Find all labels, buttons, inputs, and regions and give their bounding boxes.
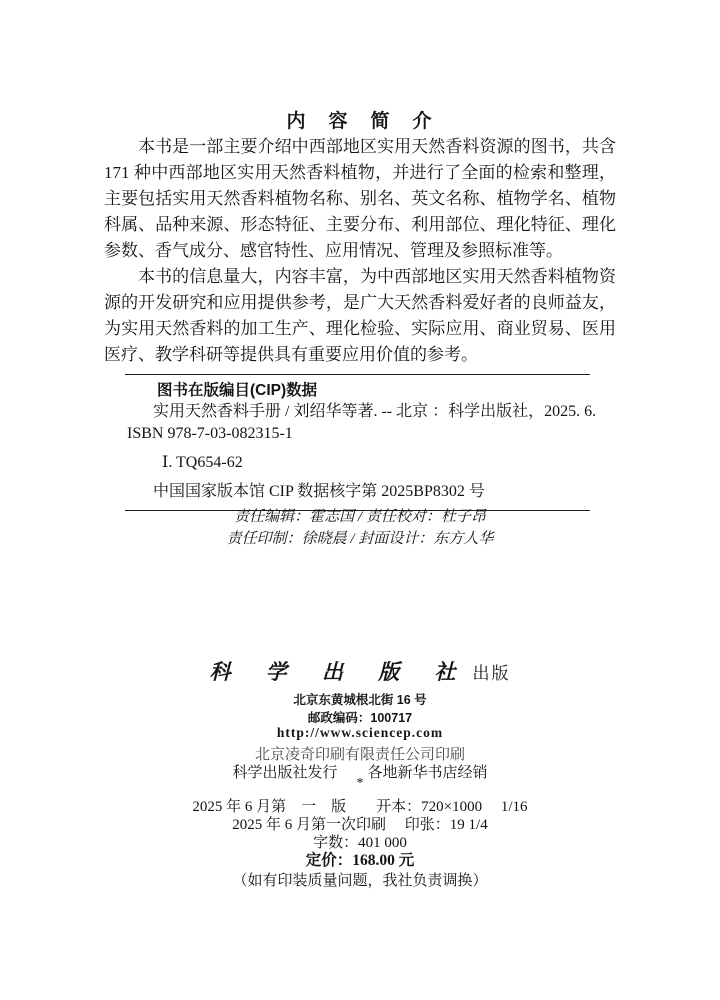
publisher-name: 科 学 出 版 社: [210, 660, 471, 684]
price-line: 定价：168.00 元: [0, 848, 720, 870]
book-copyright-page: 内 容 简 介 本书是一部主要介绍中西部地区实用天然香料资源的图书，共含 171…: [0, 0, 720, 1000]
publisher-name-line: 科 学 出 版 社出版: [0, 656, 720, 686]
staff-credits: 责任编辑：霍志国 / 责任校对：杜子昂 责任印制：徐晓晨 / 封面设计：东方人华: [0, 506, 720, 550]
isbn-number: ISBN 978-7-03-082315-1: [127, 423, 590, 445]
credits-editors-line: 责任编辑：霍志国 / 责任校对：杜子昂: [0, 506, 720, 528]
content-summary-body: 本书是一部主要介绍中西部地区实用天然香料资源的图书，共含 171 种中西部地区实…: [104, 134, 616, 368]
cip-data-box: 图书在版编目(CIP)数据 实用天然香料手册 / 刘绍华等著. -- 北京 ：科…: [125, 374, 590, 511]
cip-heading: 图书在版编目(CIP)数据: [157, 380, 590, 401]
publisher-address: 北京东黄城根北街 16 号: [0, 690, 720, 708]
content-summary-title: 内 容 简 介: [0, 106, 720, 133]
quality-note-line: （如有印装质量问题，我社负责调换）: [0, 869, 720, 890]
content-summary-paragraph-2: 本书的信息量大，内容丰富，为中西部地区实用天然香料植物资源的开发研究和应用提供参…: [104, 264, 616, 368]
credits-print-design-line: 责任印制：徐晓晨 / 封面设计：东方人华: [0, 528, 720, 550]
cip-registry-number: 中国国家版本馆 CIP 数据核字第 2025BP8302 号: [153, 481, 590, 503]
publisher-suffix: 出版: [473, 664, 511, 683]
content-summary-paragraph-1: 本书是一部主要介绍中西部地区实用天然香料资源的图书，共含 171 种中西部地区实…: [104, 134, 616, 264]
separator-asterisk: *: [0, 776, 720, 792]
publisher-postcode: 邮政编码：100717: [0, 708, 720, 726]
cip-classification: Ⅰ. TQ654-62: [162, 452, 590, 474]
cip-record-line: 实用天然香料手册 / 刘绍华等著. -- 北京 ：科学出版社，2025. 6.: [153, 401, 590, 423]
publisher-website: http://www.sciencep.com: [0, 725, 720, 741]
